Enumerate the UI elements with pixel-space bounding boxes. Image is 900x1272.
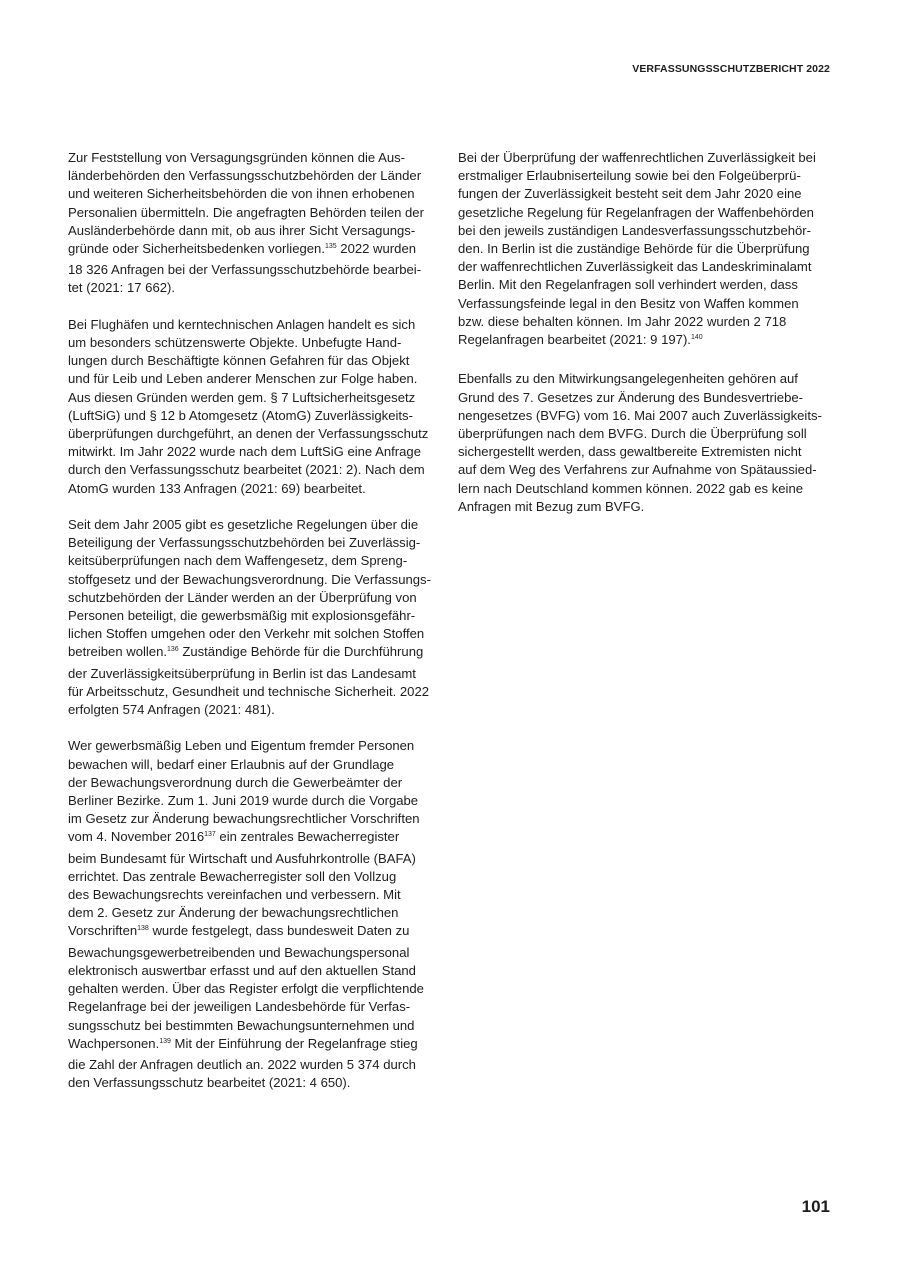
- text-line: im Gesetz zur Änderung bewachungsrechtli…: [68, 810, 453, 828]
- text-line: betreiben wollen.136 Zuständige Behörde …: [68, 643, 453, 664]
- text-line: die Zahl der Anfragen deutlich an. 2022 …: [68, 1056, 453, 1074]
- text-fragment: gründe oder Sicherheitsbedenken vorliege…: [68, 241, 325, 256]
- text-line: den Verfassungsschutz bearbeitet (2021: …: [68, 1074, 453, 1092]
- text-line: bewachen will, bedarf einer Erlaubnis au…: [68, 756, 453, 774]
- text-fragment: ein zentrales Bewacherregister: [216, 829, 399, 844]
- text-line: mitwirkt. Im Jahr 2022 wurde nach dem Lu…: [68, 443, 453, 461]
- text-line: Aus diesen Gründen werden gem. § 7 Lufts…: [68, 389, 453, 407]
- text-line: Regelanfrage bei der jeweiligen Landesbe…: [68, 998, 453, 1016]
- text-fragment: Mit der Einführung der Regelanfrage stie…: [171, 1036, 418, 1051]
- paragraph-auslaenderbehoerden: Zur Feststellung von Versagungsgründen k…: [68, 149, 453, 298]
- footnote-ref: 135: [325, 243, 337, 250]
- text-line: bei den jeweils zuständigen Landesverfas…: [458, 222, 843, 240]
- text-line: und weiteren Sicherheitsbehörden die von…: [68, 185, 453, 203]
- text-line: auf dem Weg des Verfahrens zur Aufnahme …: [458, 461, 843, 479]
- paragraph-waffengesetz-sprengstoff: Seit dem Jahr 2005 gibt es gesetzliche R…: [68, 516, 453, 719]
- text-line: tet (2021: 17 662).: [68, 279, 453, 297]
- text-line: lichen Stoffen umgehen oder den Verkehr …: [68, 625, 453, 643]
- text-line: Berliner Bezirke. Zum 1. Juni 2019 wurde…: [68, 792, 453, 810]
- text-line: errichtet. Das zentrale Bewacherregister…: [68, 868, 453, 886]
- paragraph-bvfg: Ebenfalls zu den Mitwirkungsangelegenhei…: [458, 370, 843, 516]
- text-line: stoffgesetz und der Bewachungsverordnung…: [68, 571, 453, 589]
- text-line: Grund des 7. Gesetzes zur Änderung des B…: [458, 389, 843, 407]
- paragraph-bewachung: Wer gewerbsmäßig Leben und Eigentum frem…: [68, 737, 453, 1092]
- text-line: sichergestellt werden, dass gewaltbereit…: [458, 443, 843, 461]
- text-line: um besonders schützenswerte Objekte. Unb…: [68, 334, 453, 352]
- paragraph-waffenrecht: Bei der Überprüfung der waffenrechtliche…: [458, 149, 843, 352]
- text-line: bzw. diese behalten können. Im Jahr 2022…: [458, 313, 843, 331]
- left-column: Zur Feststellung von Versagungsgründen k…: [68, 149, 453, 1111]
- text-line: gesetzliche Regelung für Regelanfragen d…: [458, 204, 843, 222]
- text-line: erstmaliger Erlaubniserteilung sowie bei…: [458, 167, 843, 185]
- text-line: gründe oder Sicherheitsbedenken vorliege…: [68, 240, 453, 261]
- text-line: Ebenfalls zu den Mitwirkungsangelegenhei…: [458, 370, 843, 388]
- text-line: sungsschutz bei bestimmten Bewachungsunt…: [68, 1017, 453, 1035]
- text-line: durch den Verfassungsschutz bearbeitet (…: [68, 461, 453, 479]
- text-fragment: Wachpersonen.: [68, 1036, 159, 1051]
- text-line: erfolgten 574 Anfragen (2021: 481).: [68, 701, 453, 719]
- text-line: und für Leib und Leben anderer Menschen …: [68, 370, 453, 388]
- text-line: Verfassungsfeinde legal in den Besitz vo…: [458, 295, 843, 313]
- text-line: Berlin. Mit den Regelanfragen soll verhi…: [458, 276, 843, 294]
- text-line: Bewachungsgewerbetreibenden und Bewachun…: [68, 944, 453, 962]
- text-line: Personalien übermitteln. Die angefragten…: [68, 204, 453, 222]
- text-line: keitsüberprüfungen nach dem Waffengesetz…: [68, 552, 453, 570]
- text-line: Anfragen mit Bezug zum BVFG.: [458, 498, 843, 516]
- text-line: elektronisch auswertbar erfasst und auf …: [68, 962, 453, 980]
- footnote-ref: 139: [159, 1038, 171, 1045]
- text-line: AtomG wurden 133 Anfragen (2021: 69) bea…: [68, 480, 453, 498]
- text-line: überprüfungen durchgeführt, an denen der…: [68, 425, 453, 443]
- text-fragment: betreiben wollen.: [68, 644, 167, 659]
- text-line: gehalten werden. Über das Register erfol…: [68, 980, 453, 998]
- text-line: lern nach Deutschland kommen können. 202…: [458, 480, 843, 498]
- text-line: Vorschriften138 wurde festgelegt, dass b…: [68, 922, 453, 943]
- text-line: den. In Berlin ist die zuständige Behörd…: [458, 240, 843, 258]
- text-line: Zur Feststellung von Versagungsgründen k…: [68, 149, 453, 167]
- running-header: VERFASSUNGSSCHUTZBERICHT 2022: [632, 63, 830, 75]
- text-line: Seit dem Jahr 2005 gibt es gesetzliche R…: [68, 516, 453, 534]
- right-column: Bei der Überprüfung der waffenrechtliche…: [458, 149, 843, 534]
- text-line: der Zuverlässigkeitsüberprüfung in Berli…: [68, 665, 453, 683]
- text-line: Ausländerbehörde dann mit, ob aus ihrer …: [68, 222, 453, 240]
- text-fragment: wurde festgelegt, dass bundesweit Daten …: [149, 923, 410, 938]
- text-line: fungen der Zuverlässigkeit besteht seit …: [458, 185, 843, 203]
- page-number: 101: [802, 1197, 830, 1217]
- text-line: der Bewachungsverordnung durch die Gewer…: [68, 774, 453, 792]
- text-line: der waffenrechtlichen Zuverlässigkeit da…: [458, 258, 843, 276]
- paragraph-flughaefen: Bei Flughäfen und kerntechnischen Anlage…: [68, 316, 453, 498]
- text-fragment: Regelanfragen bearbeitet (2021: 9 197).: [458, 332, 691, 347]
- text-line: Regelanfragen bearbeitet (2021: 9 197).1…: [458, 331, 843, 352]
- text-fragment: Zuständige Behörde für die Durchführung: [179, 644, 424, 659]
- text-line: dem 2. Gesetz zur Änderung der bewachung…: [68, 904, 453, 922]
- footnote-ref: 140: [691, 334, 703, 341]
- text-line: Bei Flughäfen und kerntechnischen Anlage…: [68, 316, 453, 334]
- text-line: 18 326 Anfragen bei der Verfassungsschut…: [68, 261, 453, 279]
- text-line: Bei der Überprüfung der waffenrechtliche…: [458, 149, 843, 167]
- text-line: schutzbehörden der Länder werden an der …: [68, 589, 453, 607]
- text-line: lungen durch Beschäftigte können Gefahre…: [68, 352, 453, 370]
- text-line: (LuftSiG) und § 12 b Atomgesetz (AtomG) …: [68, 407, 453, 425]
- text-line: nengesetzes (BVFG) vom 16. Mai 2007 auch…: [458, 407, 843, 425]
- text-fragment: Vorschriften: [68, 923, 137, 938]
- text-line: des Bewachungsrechts vereinfachen und ve…: [68, 886, 453, 904]
- text-line: überprüfungen nach dem BVFG. Durch die Ü…: [458, 425, 843, 443]
- text-fragment: vom 4. November 2016: [68, 829, 204, 844]
- text-line: Wachpersonen.139 Mit der Einführung der …: [68, 1035, 453, 1056]
- footnote-ref: 136: [167, 646, 179, 653]
- text-line: vom 4. November 2016137 ein zentrales Be…: [68, 828, 453, 849]
- text-line: beim Bundesamt für Wirtschaft und Ausfuh…: [68, 850, 453, 868]
- footnote-ref: 137: [204, 831, 216, 838]
- text-line: länderbehörden den Verfassungsschutzbehö…: [68, 167, 453, 185]
- text-fragment: 2022 wurden: [337, 241, 416, 256]
- text-line: für Arbeitsschutz, Gesundheit und techni…: [68, 683, 453, 701]
- footnote-ref: 138: [137, 925, 149, 932]
- text-line: Beteiligung der Verfassungsschutzbehörde…: [68, 534, 453, 552]
- text-line: Wer gewerbsmäßig Leben und Eigentum frem…: [68, 737, 453, 755]
- text-line: Personen beteiligt, die gewerbsmäßig mit…: [68, 607, 453, 625]
